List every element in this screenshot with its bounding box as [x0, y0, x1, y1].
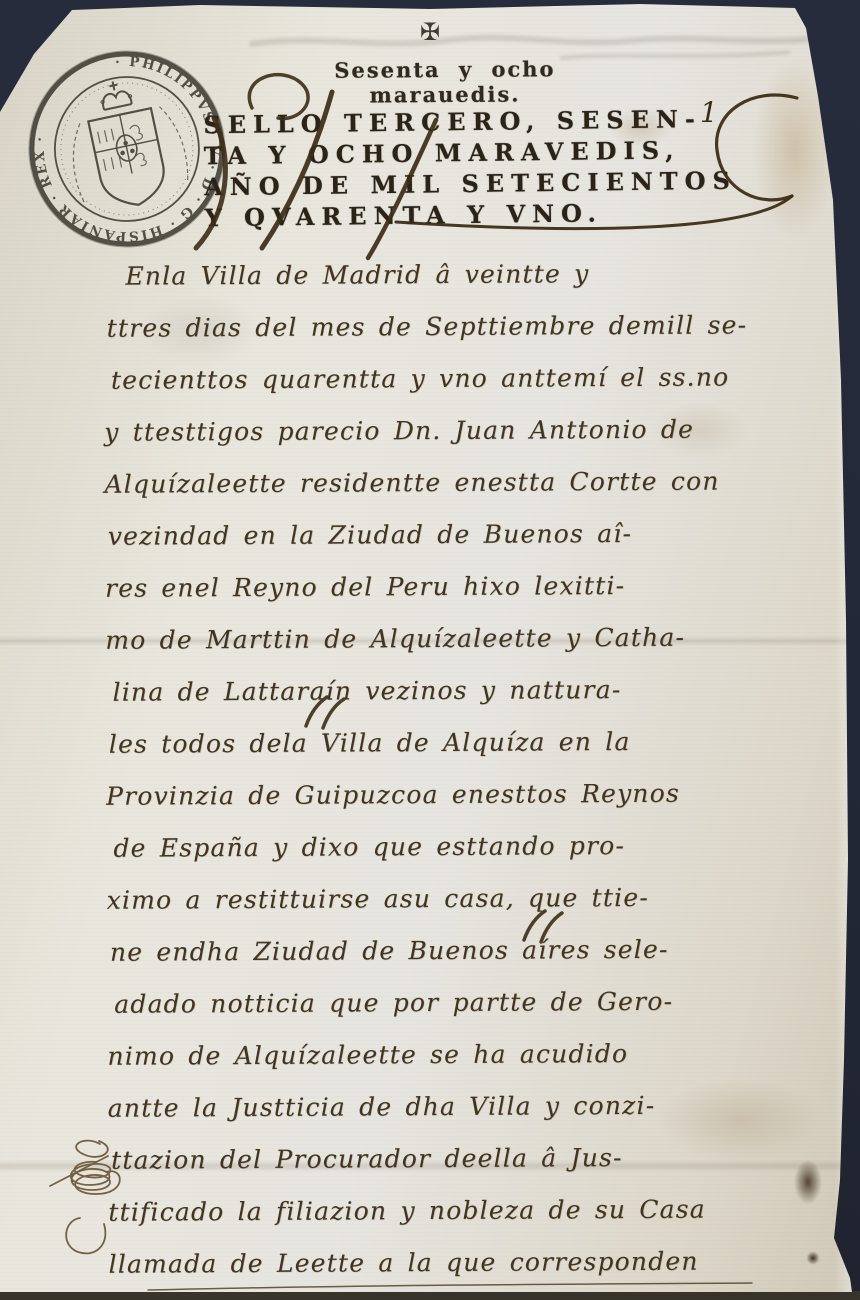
sello-line: Y QVARENTA Y VNO.	[204, 196, 737, 234]
printed-sello-text: SELLO TERCERO, SESEN- TA Y OCHO MARAVEDI…	[203, 103, 737, 233]
manuscript-line: de España y dixo que esttando pro-	[106, 820, 768, 875]
folio-number: 1	[700, 96, 718, 129]
sello-line: AÑO DE MIL SETECIENTOS	[204, 165, 737, 203]
document-scan: ✠ Sesenta y ocho marauedis. · PHILIPPVS …	[0, 0, 860, 1300]
manuscript-line: y ttesttigos parecio Dn. Juan Anttonio d…	[104, 404, 766, 459]
manuscript-line: antte la Justticia de dha Villa y conzi-	[108, 1080, 770, 1135]
manuscript-line: vezindad en la Ziudad de Buenos aî-	[105, 508, 767, 563]
manuscript-line: nimo de Alquízaleette se ha acudido	[107, 1028, 769, 1083]
manuscript-line: mo de Marttin de Alquízaleette y Catha-	[105, 612, 767, 667]
manuscript-line: Enla Villa de Madrid â veintte y	[103, 248, 765, 303]
tax-amount-line: Sesenta y ocho marauedis.	[265, 56, 625, 109]
binding-edge	[0, 1291, 860, 1300]
maltese-cross-icon: ✠	[420, 18, 440, 46]
manuscript-body: Enla Villa de Madrid â veintte y ttres d…	[103, 248, 770, 1291]
manuscript-line: Provinzia de Guipuzcoa enesttos Reynos	[106, 768, 768, 823]
manuscript-line: ttres dias del mes de Septtiembre demill…	[104, 300, 766, 355]
manuscript-line: les todos dela Villa de Alquíza en la	[106, 716, 768, 771]
manuscript-line: Alquízaleette residentte enestta Cortte …	[104, 456, 766, 511]
manuscript-page: ✠ Sesenta y ocho marauedis. · PHILIPPVS …	[0, 0, 860, 1300]
manuscript-line: ttazion del Procurador deella â Jus-	[108, 1132, 770, 1187]
manuscript-line: llamada de Leette a la que corresponden	[108, 1236, 770, 1291]
manuscript-line: adado notticia que por partte de Gero-	[107, 976, 769, 1031]
manuscript-line: ne endha Ziudad de Buenos aíres sele-	[107, 924, 769, 979]
manuscript-line: lina de Lattaraín vezinos y nattura-	[105, 664, 767, 719]
manuscript-line: res enel Reyno del Peru hixo lexitti-	[105, 560, 767, 615]
manuscript-line: ximo a restittuirse asu casa, que ttie-	[107, 872, 769, 927]
manuscript-line: tecienttos quarentta y vno anttemí el ss…	[104, 352, 766, 407]
manuscript-line: ttificado la filiazion y nobleza de su C…	[108, 1184, 770, 1239]
